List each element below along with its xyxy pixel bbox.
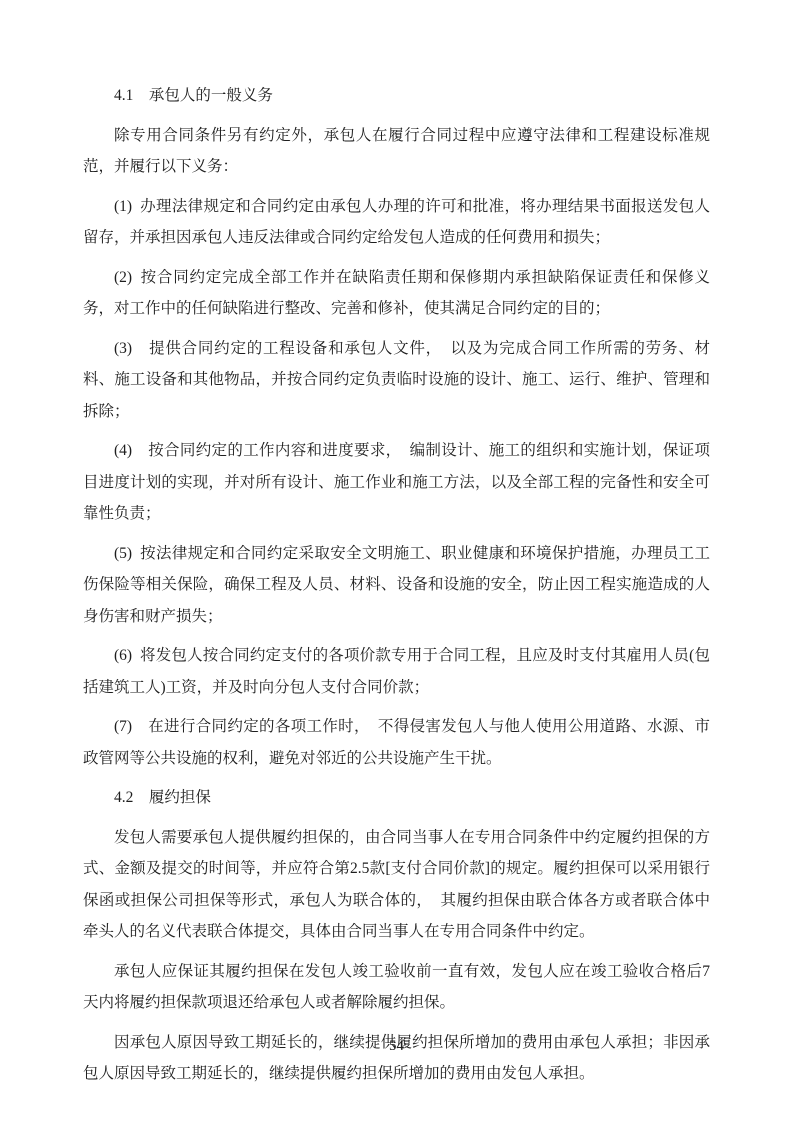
clause-4-2-para-2: 承包人应保证其履约担保在发包人竣工验收前一直有效，发包人应在竣工验收合格后7天内… [83, 956, 710, 1019]
page-number: 54 [0, 1036, 793, 1056]
clause-4-2-para-1: 发包人需要承包人提供履约担保的，由合同当事人在专用合同条件中约定履约担保的方式、… [83, 822, 710, 948]
clause-4-1-item-3: (3) 提供合同约定的工程设备和承包人文件， 以及为完成合同工作所需的劳务、材料… [83, 333, 710, 428]
section-heading-4-1: 4.1 承包人的一般义务 [83, 80, 710, 112]
clause-4-1-item-2: (2) 按合同约定完成全部工作并在缺陷责任期和保修期内承担缺陷保证责任和保修义务… [83, 262, 710, 325]
clause-4-1-item-1: (1) 办理法律规定和合同约定由承包人办理的许可和批准，将办理结果书面报送发包人… [83, 191, 710, 254]
page-content: 4.1 承包人的一般义务 除专用合同条件另有约定外，承包人在履行合同过程中应遵守… [83, 80, 710, 1098]
clause-4-1-intro: 除专用合同条件另有约定外，承包人在履行合同过程中应遵守法律和工程建设标准规范，并… [83, 120, 710, 183]
clause-4-1-item-4: (4) 按合同约定的工作内容和进度要求， 编制设计、施工的组织和实施计划，保证项… [83, 435, 710, 530]
clause-4-1-item-7: (7) 在进行合同约定的各项工作时， 不得侵害发包人与他人使用公用道路、水源、市… [83, 711, 710, 774]
clause-4-1-item-6: (6) 将发包人按合同约定支付的各项价款专用于合同工程，且应及时支付其雇用人员(… [83, 640, 710, 703]
section-heading-4-2: 4.2 履约担保 [83, 782, 710, 814]
clause-4-1-item-5: (5) 按法律规定和合同约定采取安全文明施工、职业健康和环境保护措施，办理员工工… [83, 538, 710, 633]
document-page: 4.1 承包人的一般义务 除专用合同条件另有约定外，承包人在履行合同过程中应遵守… [0, 0, 793, 1122]
